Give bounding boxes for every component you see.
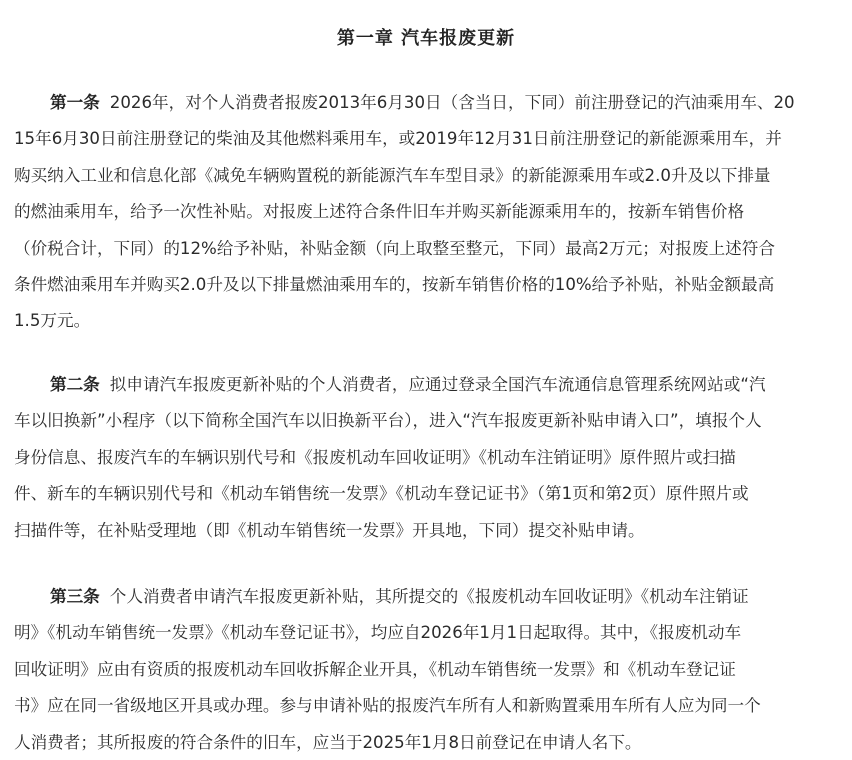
- article-line: 身份信息、报废汽车的车辆识别代号和《报废机动车回收证明》《机动车注销证明》原件照…: [14, 440, 844, 476]
- article-2: 第二条拟申请汽车报废更新补贴的个人消费者，应通过登录全国汽车流通信息管理系统网站…: [14, 367, 844, 549]
- article-line: 书》应在同一省级地区开具或办理。参与申请补贴的报废汽车所有人和新购置乘用车所有人…: [14, 688, 844, 724]
- article-line: 15年6月30日前注册登记的柴油及其他燃料乘用车，或2019年12月31日前注册…: [14, 121, 844, 157]
- article-line: 扫描件等，在补贴受理地（即《机动车销售统一发票》开具地，下同）提交补贴申请。: [14, 513, 844, 549]
- article-line: 件、新车的车辆识别代号和《机动车销售统一发票》《机动车登记证书》（第1页和第2页…: [14, 476, 844, 512]
- article-line: 明》《机动车销售统一发票》《机动车登记证书》，均应自2026年1月1日起取得。其…: [14, 615, 844, 651]
- article-line: 第一条2026年，对个人消费者报废2013年6月30日（含当日，下同）前注册登记…: [14, 85, 844, 121]
- chapter-title: 第一章 汽车报废更新: [0, 24, 852, 50]
- article-line: 的燃油乘用车，给予一次性补贴。对报废上述符合条件旧车并购买新能源乘用车的，按新车…: [14, 194, 844, 230]
- article-heading: 第二条: [50, 375, 100, 394]
- article-line: 回收证明》应由有资质的报废机动车回收拆解企业开具，《机动车销售统一发票》和《机动…: [14, 652, 844, 688]
- article-1: 第一条2026年，对个人消费者报废2013年6月30日（含当日，下同）前注册登记…: [14, 85, 844, 340]
- article-line: 购买纳入工业和信息化部《减免车辆购置税的新能源汽车车型目录》的新能源乘用车或2.…: [14, 158, 844, 194]
- article-line: 第二条拟申请汽车报废更新补贴的个人消费者，应通过登录全国汽车流通信息管理系统网站…: [14, 367, 844, 403]
- article-line: 车以旧换新”小程序（以下简称全国汽车以旧换新平台），进入“汽车报废更新补贴申请入…: [14, 403, 844, 439]
- article-heading: 第三条: [50, 587, 100, 606]
- article-heading: 第一条: [50, 93, 100, 112]
- article-line: （价税合计，下同）的12%给予补贴，补贴金额（向上取整至整元，下同）最高2万元；…: [14, 231, 844, 267]
- article-line: 条件燃油乘用车并购买2.0升及以下排量燃油乘用车的，按新车销售价格的10%给予补…: [14, 267, 844, 303]
- article-line: 1.5万元。: [14, 303, 844, 339]
- article-line: 第三条个人消费者申请汽车报废更新补贴，其所提交的《报废机动车回收证明》《机动车注…: [14, 579, 844, 615]
- article-3: 第三条个人消费者申请汽车报废更新补贴，其所提交的《报废机动车回收证明》《机动车注…: [14, 579, 844, 760]
- article-line: 人消费者；其所报废的符合条件的旧车，应当于2025年1月8日前登记在申请人名下。: [14, 725, 844, 760]
